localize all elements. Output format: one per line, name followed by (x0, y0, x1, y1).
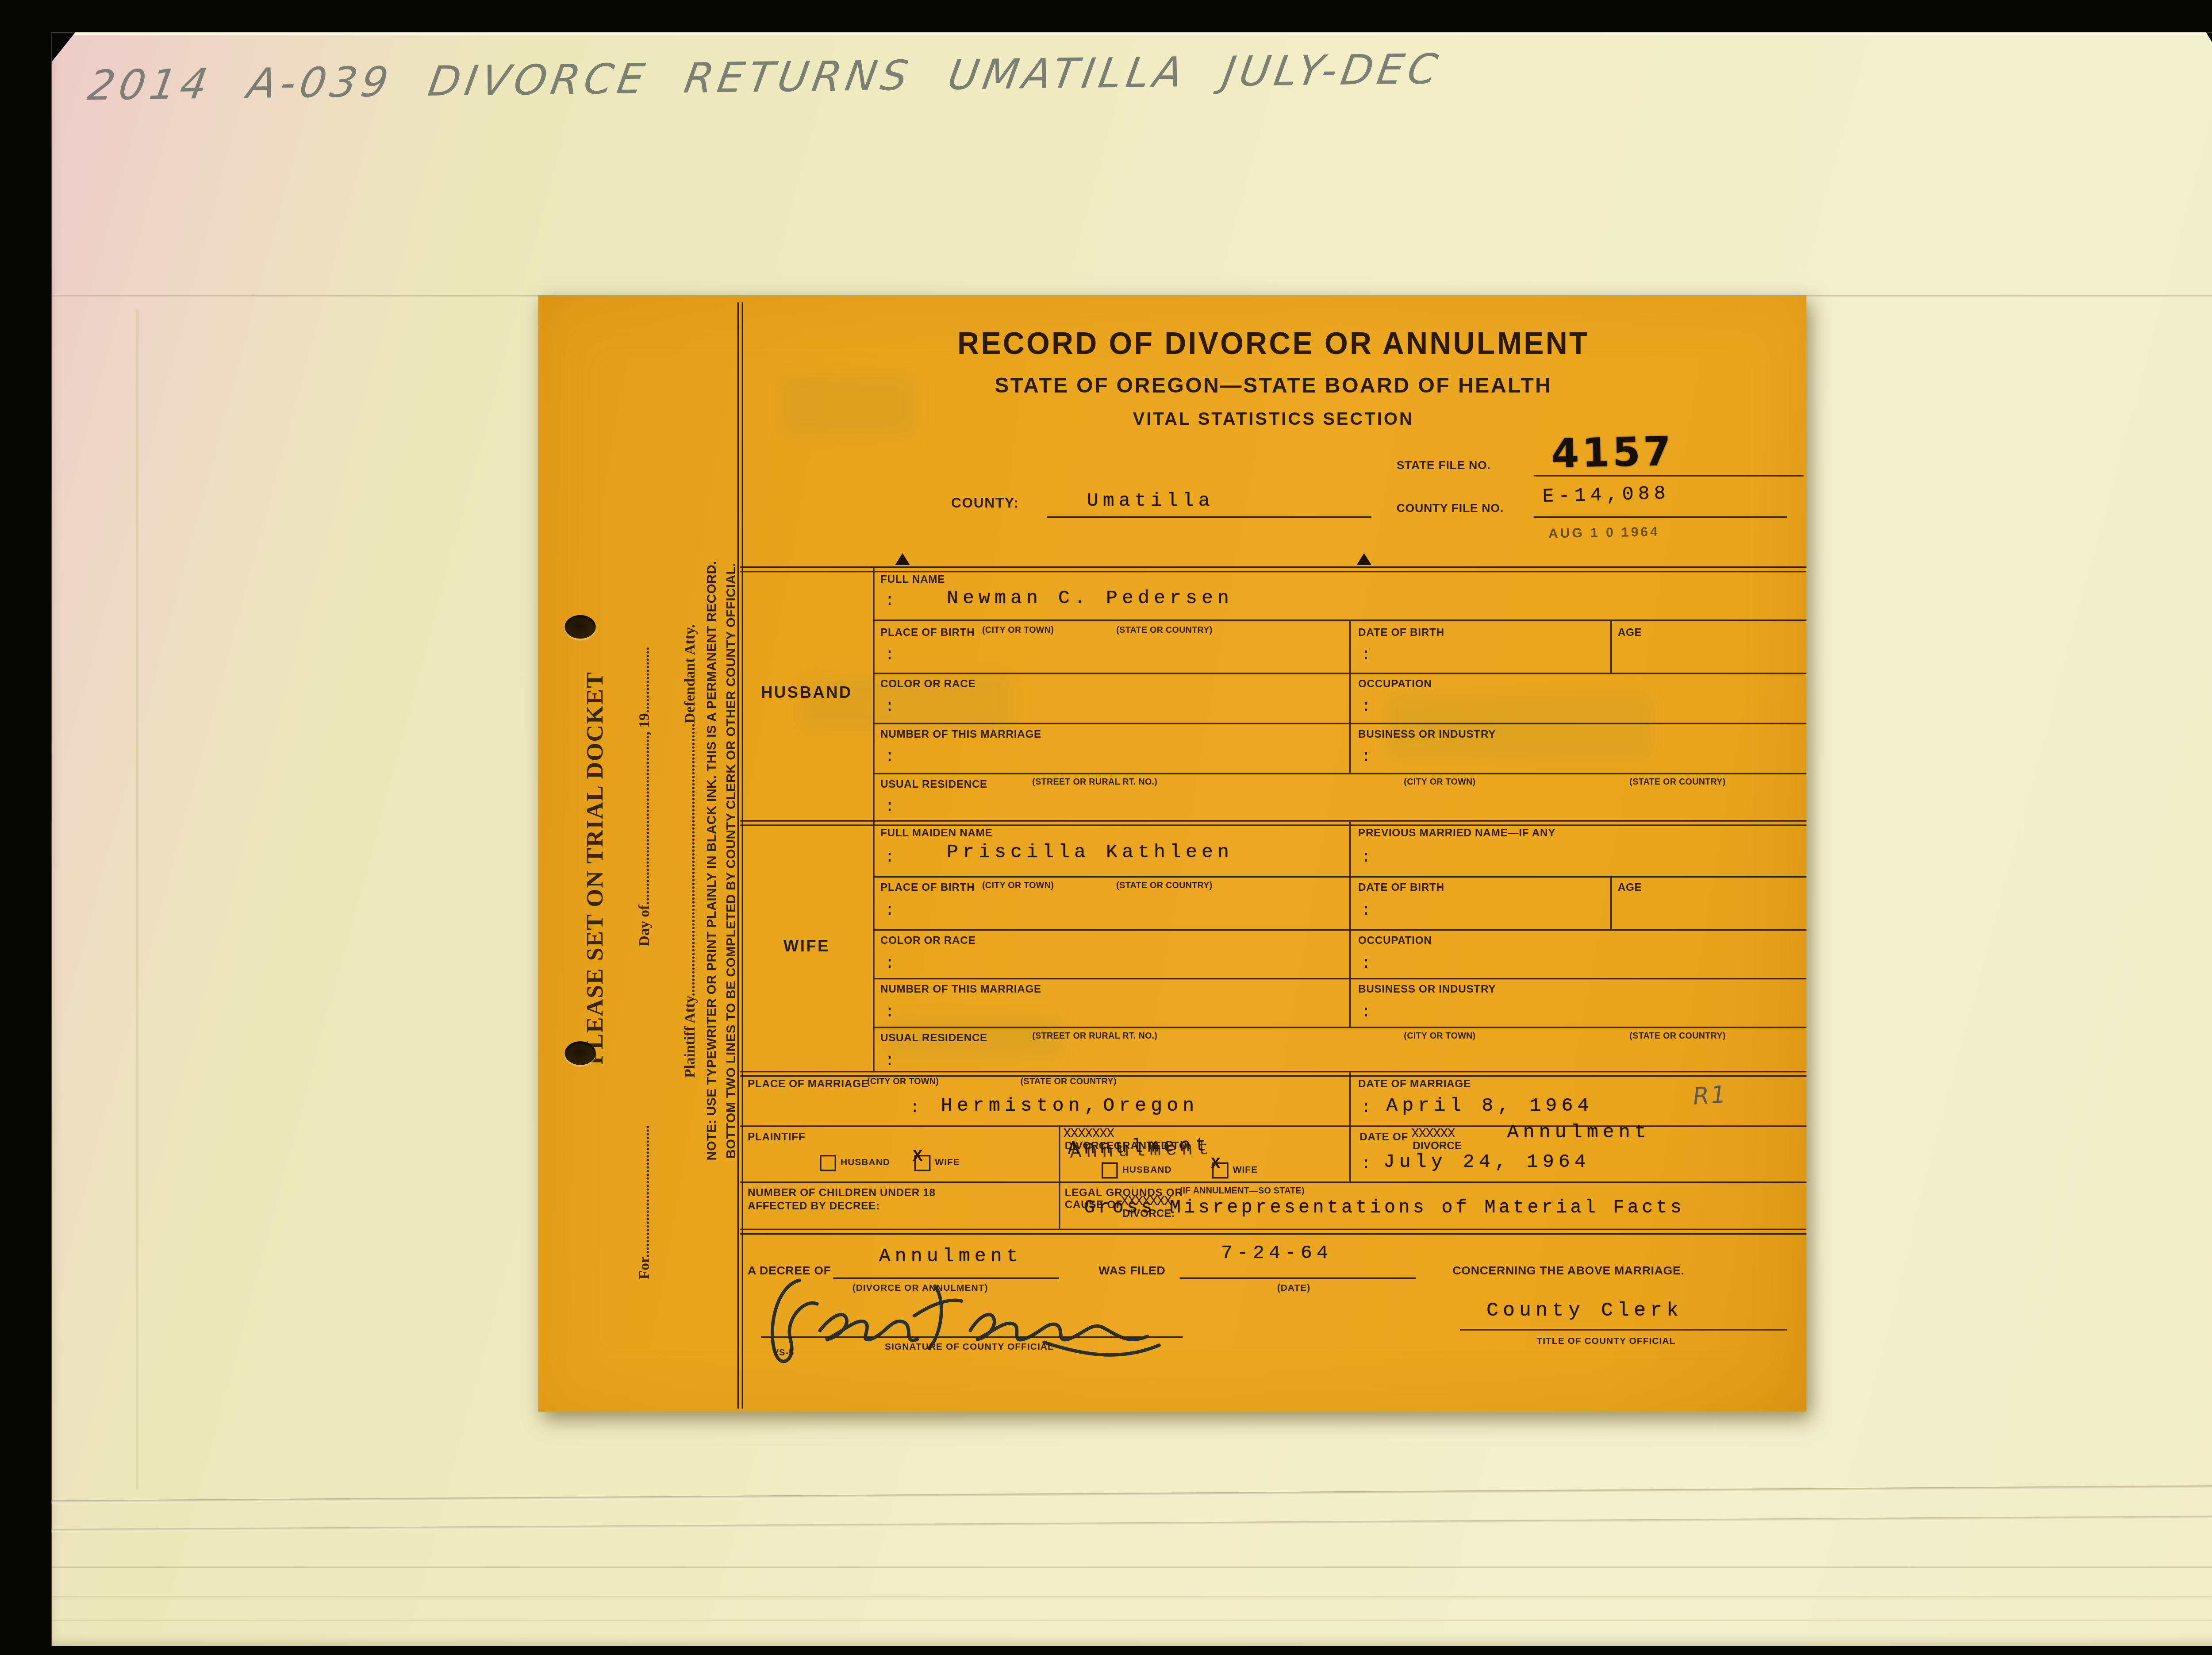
legal-grounds-hint: (IF ANNULMENT—SO STATE) (1180, 1187, 1305, 1196)
guide-colon: : (885, 903, 895, 920)
folder-corner-cut-right (2206, 32, 2212, 71)
husband-occupation-label: OCCUPATION (1358, 677, 1432, 690)
county-label: COUNTY: (951, 496, 1019, 512)
folder-fold-vertical (136, 310, 139, 1490)
plaintiff-wife-label: WIFE (935, 1158, 960, 1168)
punch-hole-top (565, 615, 596, 639)
official-title-caption: TITLE OF COUNTY OFFICIAL (1536, 1336, 1675, 1347)
guide-colon: : (910, 1101, 920, 1118)
folder-crease-5 (52, 1620, 2212, 1621)
children-label-2: AFFECTED BY DECREE: (748, 1199, 880, 1212)
form-title: RECORD OF DIVORCE OR ANNULMENT (756, 327, 1790, 363)
form-subtitle: STATE OF OREGON—STATE BOARD OF HEALTH (740, 375, 1806, 398)
guide-colon: : (1361, 699, 1371, 717)
decree-of-value: Annulment (879, 1245, 1022, 1267)
husband-full-name-label: FULL NAME (880, 572, 945, 585)
typewriter-note: NOTE: USE TYPEWRITER OR PRINT PLAINLY IN… (701, 374, 720, 1347)
hint-city: (CITY OR TOWN) (982, 882, 1054, 891)
plaintiff-label: PLAINTIFF (748, 1130, 805, 1143)
wife-business-label: BUSINESS OR INDUSTRY (1358, 982, 1496, 996)
hint-state: (STATE OR COUNTRY) (1021, 1078, 1117, 1087)
marriage-state-value: Oregon (1103, 1094, 1198, 1116)
day-of-line: Day of..................................… (634, 575, 655, 1018)
wife-previous-name-label: PREVIOUS MARRIED NAME—IF ANY (1358, 826, 1555, 839)
wife-occupation-label: OCCUPATION (1358, 934, 1432, 947)
wife-pob-label: PLACE OF BIRTH (880, 881, 975, 894)
granted-wife-checkmark: X (1211, 1156, 1221, 1174)
punch-hole-bottom (565, 1041, 596, 1065)
husband-residence-label: USUAL RESIDENCE (880, 777, 987, 791)
marriage-city-value: Hermiston, (941, 1094, 1100, 1116)
state-file-number-stamp: 4157 (1551, 429, 1674, 477)
guide-colon: : (1361, 647, 1371, 665)
hint-state: (STATE OR COUNTRY) (1116, 627, 1212, 636)
guide-colon: : (885, 647, 895, 665)
guide-colon: : (885, 593, 895, 611)
received-date-stamp: AUG 1 0 1964 (1548, 524, 1660, 541)
husband-section-label: HUSBAND (740, 685, 873, 702)
legal-grounds-value: Gross Misrepresentations of Material Fac… (1084, 1198, 1685, 1219)
hint-state: (STATE OR COUNTRY) (1629, 1032, 1725, 1041)
hint-city: (CITY OR TOWN) (982, 627, 1054, 636)
husband-pob-label: PLACE OF BIRTH (880, 625, 975, 639)
folder-crease-3 (52, 1566, 2212, 1568)
trial-docket-note: PLEASE SET ON TRIAL DOCKET (583, 632, 608, 1104)
margin-divider (737, 302, 744, 1409)
granted-husband-label: HUSBAND (1122, 1165, 1172, 1175)
guide-colon: : (885, 956, 895, 974)
index-triangle-left (895, 553, 910, 565)
husband-business-label: BUSINESS OR INDUSTRY (1358, 727, 1496, 740)
date-of-decree-value: July 24, 1964 (1383, 1151, 1590, 1173)
plaintiff-wife-checkmark: X (913, 1149, 922, 1167)
guide-colon: : (1361, 850, 1371, 867)
plaintiff-husband-checkbox (820, 1155, 836, 1171)
index-triangle-right (1357, 553, 1371, 565)
signature-caption: SIGNATURE OF COUNTY OFFICIAL (885, 1342, 1054, 1352)
folder-crease-4 (52, 1596, 2212, 1597)
guide-colon: : (1361, 1156, 1371, 1174)
form-section-title: VITAL STATISTICS SECTION (740, 408, 1806, 429)
guide-colon: : (885, 699, 895, 717)
wife-marriage-number-label: NUMBER OF THIS MARRIAGE (880, 982, 1041, 996)
pencil-annotation: R1 (1692, 1080, 1728, 1111)
hint-state: (STATE OR COUNTRY) (1116, 882, 1212, 891)
filed-date-value: 7-24-64 (1221, 1242, 1333, 1264)
wife-maiden-name-label: FULL MAIDEN NAME (880, 826, 992, 839)
county-file-label: COUNTY FILE NO. (1397, 501, 1504, 515)
folder-corner-cut-left (52, 32, 75, 62)
hint-city: (CITY OR TOWN) (1404, 1032, 1475, 1041)
form-number: VS-5 (773, 1350, 794, 1359)
hint-state: (STATE OR COUNTRY) (1629, 779, 1725, 788)
guide-colon: : (1361, 749, 1371, 767)
children-label-1: NUMBER OF CHILDREN UNDER 18 (748, 1186, 936, 1199)
county-official-signature (755, 1266, 1183, 1372)
husband-marriage-number-label: NUMBER OF THIS MARRIAGE (880, 727, 1041, 740)
county-file-value: E-14,088 (1542, 482, 1670, 508)
guide-colon: : (885, 1005, 895, 1022)
wife-section-label: WIFE (740, 938, 873, 956)
hint-street: (STREET OR RURAL RT. NO.) (1032, 1032, 1157, 1041)
bottom-lines-note: BOTTOM TWO LINES TO BE COMPLETED BY COUN… (720, 374, 739, 1347)
date-of-decree-typed-word: Annulment (1507, 1121, 1651, 1143)
plaintiff-husband-label: HUSBAND (841, 1158, 890, 1168)
stage: 2014 A-039 DIVORCE RETURNS UMATILLA JULY… (0, 0, 2212, 1655)
guide-colon: : (885, 850, 895, 867)
wife-residence-label: USUAL RESIDENCE (880, 1031, 987, 1044)
scanned-archive-photo: 2014 A-039 DIVORCE RETURNS UMATILLA JULY… (0, 0, 2212, 1655)
guide-colon: : (885, 800, 895, 817)
wife-age-label: AGE (1618, 881, 1642, 894)
date-of-decree-label: DATE OF (1359, 1130, 1408, 1143)
date-sub-caption: (DATE) (1277, 1283, 1311, 1293)
guide-colon: : (1361, 956, 1371, 974)
attorney-lines: Plaintiff Atty..........................… (680, 364, 701, 1338)
county-value: Umatilla (1087, 490, 1214, 512)
guide-colon: : (1361, 903, 1371, 920)
concerning-label: CONCERNING THE ABOVE MARRIAGE. (1452, 1264, 1684, 1278)
granted-wife-label: WIFE (1233, 1165, 1258, 1175)
wife-dob-label: DATE OF BIRTH (1358, 881, 1444, 894)
husband-age-label: AGE (1618, 625, 1642, 639)
for-line: For.................................... (634, 1106, 655, 1298)
granted-husband-checkbox (1102, 1162, 1118, 1179)
guide-colon: : (885, 1053, 895, 1071)
place-of-marriage-label: PLACE OF MARRIAGE (748, 1077, 868, 1090)
state-file-label: STATE FILE NO. (1397, 459, 1491, 472)
husband-full-name-value: Newman C. Pedersen (947, 587, 1233, 609)
official-title-value: County Clerk (1486, 1301, 1683, 1323)
date-of-marriage-label: DATE OF MARRIAGE (1358, 1077, 1471, 1090)
hint-city: (CITY OR TOWN) (867, 1078, 939, 1087)
showthrough-smudge (1386, 693, 1651, 758)
guide-colon: : (885, 749, 895, 767)
date-of-marriage-value: April 8, 1964 (1386, 1094, 1593, 1116)
granted-typed-annulment: Annulment (1068, 1134, 1211, 1159)
hint-street: (STREET OR RURAL RT. NO.) (1032, 779, 1157, 788)
guide-colon: : (1361, 1005, 1371, 1022)
husband-dob-label: DATE OF BIRTH (1358, 625, 1444, 639)
hint-city: (CITY OR TOWN) (1404, 779, 1475, 788)
guide-colon: : (1361, 1101, 1371, 1118)
wife-race-label: COLOR OR RACE (880, 934, 975, 947)
husband-race-label: COLOR OR RACE (880, 677, 975, 690)
wife-maiden-name-value: Priscilla Kathleen (947, 841, 1233, 863)
